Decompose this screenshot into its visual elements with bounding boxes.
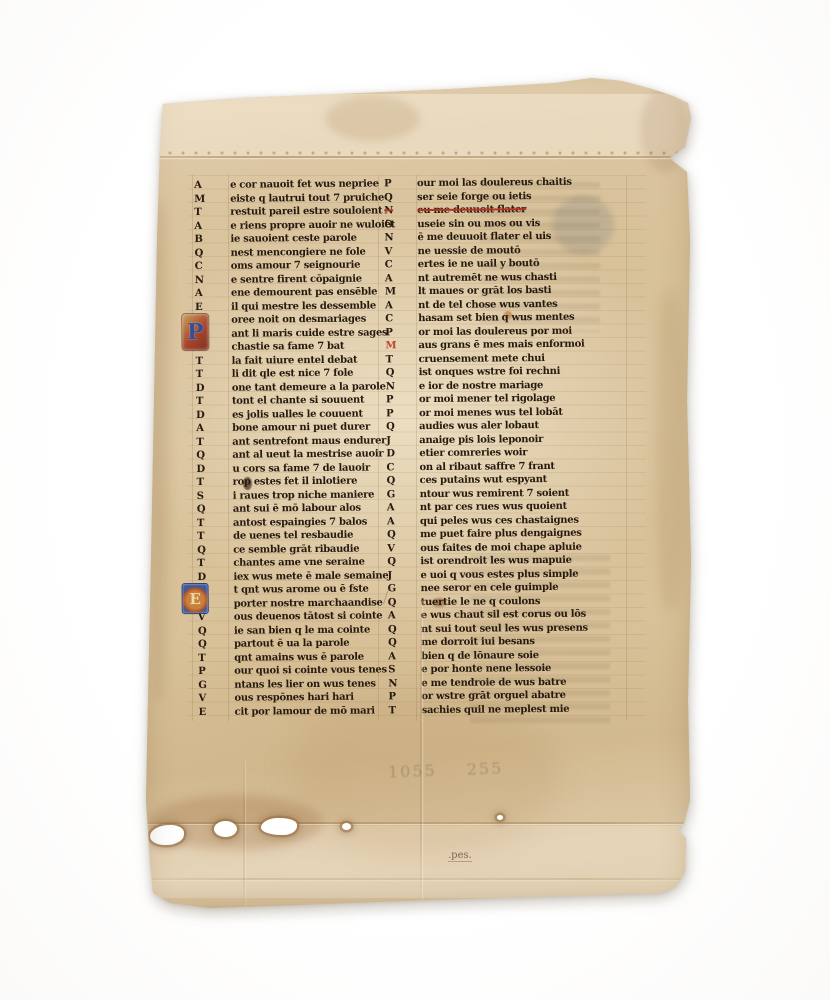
verse-text: li dit qle est nice 7 fole <box>232 367 354 382</box>
verse-text: es jolis ualles le couuent <box>232 407 363 422</box>
verse-text: or moi las doulereus por moi <box>418 324 572 339</box>
verse-text: etier comreries woir <box>419 446 527 460</box>
verse-text: qnt amains wus ē parole <box>234 650 364 665</box>
verse-initial: Q <box>388 596 421 610</box>
verse-text: ant al ueut la mestrise auoir <box>232 447 383 462</box>
verse-text: ous respōnes hari hari <box>234 691 353 706</box>
verse-initial: T <box>197 530 233 544</box>
verse-initial: S <box>388 663 421 677</box>
verse-initial: C <box>195 260 231 274</box>
verse-text: e por honte nene lessoie <box>421 662 551 677</box>
verse-initial: D <box>197 570 233 584</box>
verse-text: tont el chante si souuent <box>232 394 365 409</box>
verse-initial: V <box>385 245 418 259</box>
verse-text: nt de tel chose wus vantes <box>418 297 557 312</box>
verse-initial: Q <box>386 366 419 380</box>
verse-text: ie san bien q le ma cointe <box>234 623 370 638</box>
verse-text: or moi mener tel rigolage <box>419 392 556 407</box>
illuminated-initial-p: P <box>182 314 208 350</box>
verse-text: partout ē ua la parole <box>234 637 349 652</box>
verse-initial: A <box>387 501 420 515</box>
verse-initial: A <box>194 219 230 233</box>
parchment-page: Ae cor nauoit fet wus neprieeMeiste q la… <box>140 60 696 910</box>
verse-line: Tla fait uiure entel debat <box>196 353 386 368</box>
verse-text: ser seie forge ou ietis <box>417 190 531 204</box>
verse-line: Tantost espaingies 7 balos <box>197 515 387 530</box>
verse-initial: T <box>194 206 230 220</box>
verse-text: e sentre firent cōpaignie <box>231 272 362 287</box>
verse-line: Maus grans ē mes mais enformoi <box>385 338 585 353</box>
verse-initial: V <box>387 542 420 556</box>
verse-line: Du cors sa fame 7 de lauoir <box>196 461 386 476</box>
verse-text: antost espaingies 7 balos <box>233 515 367 530</box>
verse-initial: T <box>197 557 233 571</box>
verse-text: useie sin ou mos ou vis <box>417 217 540 232</box>
verse-text: ntans les lier on wus tenes <box>234 677 375 692</box>
verse-text: nt par ces rues wus quoient <box>420 500 567 515</box>
verse-line: Por moi menes wus tel lobāt <box>386 405 586 420</box>
verse-initial: Q <box>196 449 232 463</box>
verse-text: our moi las doulereus chaitis <box>417 176 572 191</box>
verse-line: Qist onques wstre foi rechni <box>386 365 586 380</box>
verse-text: ce semble grāt ribaudie <box>233 542 359 557</box>
verse-text: ous deuenos tātost si cointe <box>234 609 383 624</box>
verse-text: me dorroit iui besans <box>421 635 535 649</box>
verse-initial: D <box>196 462 232 476</box>
verse-initial: T <box>196 435 232 449</box>
verse-text: eiste q lautrui tout 7 pruiche <box>230 191 384 206</box>
verse-initial: Q <box>387 555 420 569</box>
verse-line: Ecit por lamour de mō mari <box>199 704 389 719</box>
verse-initial: T <box>196 354 232 368</box>
verse-text: nee seror en cele guimple <box>421 581 559 596</box>
verse-initial: S <box>197 489 233 503</box>
verse-initial: D <box>196 408 232 422</box>
verse-initial: G <box>388 582 421 596</box>
verse-text: rop estes fet il inlotiere <box>233 475 358 490</box>
verse-initial: E <box>195 300 231 314</box>
verse-initial: G <box>387 488 420 502</box>
verse-initial: B <box>194 233 230 247</box>
verse-initial: D <box>196 381 232 395</box>
verse-text: nt sui tout seul les wus presens <box>421 621 588 636</box>
verse-initial: A <box>388 609 421 623</box>
verse-text: u cors sa fame 7 de lauoir <box>232 461 370 476</box>
verse-text: or moi menes wus tel lobāt <box>419 405 563 420</box>
verse-text: la fait uiure entel debat <box>232 353 358 368</box>
verse-text: lt maues or grāt los basti <box>418 284 551 299</box>
verse-initial: V <box>198 692 234 706</box>
verse-text: audies wus aler lobaut <box>419 419 539 434</box>
verse-line: Ant autremēt ne wus chasti <box>385 270 585 285</box>
verse-text: sachies quil ne meplest mie <box>422 702 570 717</box>
verse-text: our quoi si cointe vous tenes <box>234 663 387 678</box>
verse-initial: N <box>386 380 419 394</box>
verse-text: e me tendroie de wus batre <box>421 675 566 690</box>
verse-initial: A <box>194 179 230 193</box>
verse-text: nest mencongiere ne fole <box>231 245 366 260</box>
manuscript-leaf: Ae cor nauoit fet wus neprieeMeiste q la… <box>140 60 696 910</box>
verse-initial: P <box>386 393 419 407</box>
verse-text: hasam set bien q wus mentes <box>418 311 574 326</box>
verse-text: e uoi q vous estes plus simple <box>420 567 578 582</box>
worm-hole <box>497 815 503 820</box>
verse-initial: T <box>389 704 422 718</box>
verse-initial: A <box>388 650 421 664</box>
verse-text: ist onques wstre foi rechni <box>419 365 561 380</box>
verse-initial: T <box>196 395 232 409</box>
verse-line: Gntans les lier on wus tenes <box>198 677 388 692</box>
verse-initial: T <box>198 651 234 665</box>
verse-initial: M <box>385 285 418 299</box>
verse-text: ces putains wut espyant <box>420 473 547 488</box>
verse-text: eu me deuuoit flater <box>417 203 526 217</box>
verse-text: iex wus mete ē male semaine <box>233 569 388 584</box>
verse-initial: Q <box>387 528 420 542</box>
verse-initial: P <box>385 326 418 340</box>
verse-text: one tant demeure a la parole <box>232 380 386 395</box>
verse-text: e wus chaut sil est corus ou lōs <box>421 608 586 623</box>
verse-text: or wstre grāt orguel abatre <box>421 689 565 704</box>
verse-initial: Q <box>388 623 421 637</box>
verse-initial: N <box>384 231 417 245</box>
verse-initial: J <box>387 569 420 583</box>
verse-text: ant sui ē mō labour alos <box>233 502 361 517</box>
verse-initial: Q <box>195 246 231 260</box>
verse-initial: Q <box>386 420 419 434</box>
verse-text: ntour wus remirent 7 soient <box>420 486 569 501</box>
verse-line: Qant li maris cuide estre sages <box>195 326 385 341</box>
verse-initial: C <box>385 312 418 326</box>
verse-text: ertes ie ne uail y boutō <box>418 257 540 272</box>
text-column-left: Ae cor nauoit fet wus neprieeMeiste q la… <box>194 177 389 719</box>
photo-background: Ae cor nauoit fet wus neprieeMeiste q la… <box>0 0 830 1000</box>
verse-text: bone amour ni puet durer <box>232 421 370 436</box>
verse-line: Tsachies quil ne meplest mie <box>389 702 589 717</box>
verse-text: anaige pis lois leponoir <box>419 433 543 448</box>
verse-text: t qnt wus arome ou ē fste <box>234 583 369 598</box>
verse-initial: C <box>386 461 419 475</box>
verse-text: ē me deuuoit flater el uis <box>417 230 551 245</box>
verse-text: cruensement mete chui <box>419 351 545 366</box>
verse-initial: Q <box>384 191 417 205</box>
verse-initial: T <box>197 476 233 490</box>
verse-initial: A <box>385 299 418 313</box>
verse-text: aus grans ē mes mais enformoi <box>418 338 584 353</box>
verse-text: i raues trop niche maniere <box>233 488 375 503</box>
verse-text: ene demourent pas ensēble <box>231 285 377 300</box>
verse-text: restuit pareil estre souloient <box>230 204 382 219</box>
verse-initial: A <box>195 287 231 301</box>
verse-text: oree noit on desmariages <box>231 313 366 328</box>
verse-text: il qui mestre les dessemble <box>231 299 376 314</box>
verse-initial: N <box>388 677 421 691</box>
verse-initial: Q <box>197 543 233 557</box>
verse-initial: A <box>385 272 418 286</box>
verse-initial: Q <box>387 474 420 488</box>
verse-initial: P <box>386 407 419 421</box>
verse-text: ant li maris cuide estre sages <box>231 326 387 341</box>
verse-initial: Q <box>198 624 234 638</box>
verse-text: ie sauoient ceste parole <box>230 232 356 247</box>
verse-initial: E <box>199 705 235 719</box>
verse-text: oms amour 7 seignourie <box>231 259 361 274</box>
verse-initial: Q <box>198 638 234 652</box>
verse-text: ne uessie de moutō <box>418 244 521 258</box>
verse-text: nt autremēt ne wus chasti <box>418 270 557 285</box>
worm-hole <box>261 818 297 835</box>
illuminated-initial-e: E <box>183 584 208 613</box>
verse-initial: P <box>198 665 234 679</box>
verse-initial: Q <box>197 503 233 517</box>
verse-text: porter nostre marchaandise <box>234 596 383 611</box>
verse-text: qui peles wus ces chastaignes <box>420 513 579 528</box>
verse-text: chantes ame vne seraine <box>233 556 364 571</box>
worm-hole <box>342 823 351 830</box>
verse-line: Qnt sui tout seul les wus presens <box>388 621 588 636</box>
verse-initial: C <box>385 258 418 272</box>
verse-line: Qie san bien q le ma cointe <box>198 623 388 638</box>
verse-text: e cor nauoit fet wus nepriee <box>230 177 379 192</box>
verse-text: e ior de nostre mariage <box>419 379 543 394</box>
verse-text: e riens propre auoir ne wuloiēt <box>230 218 395 233</box>
verse-text: tuertie le ne q coulons <box>421 595 541 610</box>
verse-initial: T <box>386 353 419 367</box>
verse-initial: N <box>195 273 231 287</box>
verse-text: on al ribaut saffre 7 frant <box>419 459 554 474</box>
verse-text: ous faites de moi chape apluie <box>420 540 582 555</box>
verse-initial: M <box>385 339 418 353</box>
verse-initial: G <box>198 678 234 692</box>
verse-text: ant sentrefont maus endurer <box>232 434 386 449</box>
verse-initial: M <box>194 192 230 206</box>
verse-text: de uenes tel resbaudie <box>233 529 353 544</box>
verse-initial: D <box>386 447 419 461</box>
verse-line: Pour moi las doulereus chaitis <box>384 176 584 191</box>
verse-line: Gnee seror en cele guimple <box>388 581 588 596</box>
verse-text: me puet faire plus dengaignes <box>420 527 582 542</box>
text-column-right: Pour moi las doulereus chaitisQser seie … <box>384 176 589 718</box>
verse-initial: Q <box>388 636 421 650</box>
verse-initial: O <box>384 218 417 232</box>
text-block: Ae cor nauoit fet wus neprieeMeiste q la… <box>139 56 702 911</box>
verse-initial: P <box>384 177 417 191</box>
verse-text: bien q de lōnaure soie <box>421 649 539 664</box>
verse-initial: A <box>387 515 420 529</box>
verse-initial: A <box>196 422 232 436</box>
verse-initial: J <box>386 434 419 448</box>
verse-initial: N <box>384 204 417 218</box>
verse-text: ist orendroit les wus mapuie <box>420 554 571 569</box>
worm-hole <box>214 821 237 837</box>
verse-text: cit por lamour de mō mari <box>235 704 375 719</box>
verse-initial: T <box>197 516 233 530</box>
verse-initial: T <box>196 368 232 382</box>
verse-initial: P <box>388 690 421 704</box>
verse-text: chastie sa fame 7 bat <box>231 340 344 354</box>
